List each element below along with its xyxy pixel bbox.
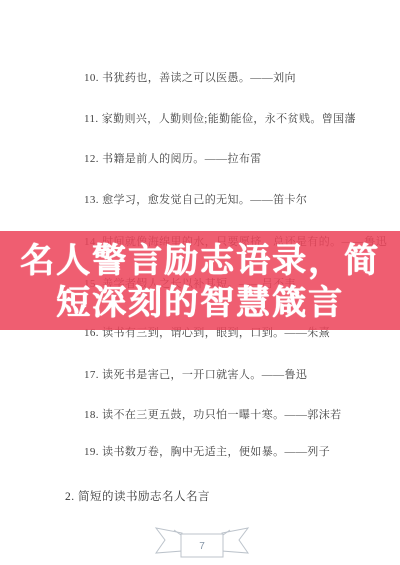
ribbon-right-wing xyxy=(222,528,248,553)
banner-title-line-1: 名人警言励志语录，简 xyxy=(0,240,400,282)
banner-title-line-2: 短深刻的智慧箴言 xyxy=(0,282,400,324)
ribbon-left-wing xyxy=(156,528,182,553)
quote-line: 19. 读书数万卷，胸中无适主，便如暴。——列子 xyxy=(84,446,330,459)
title-banner-overlay: 名人警言励志语录，简 短深刻的智慧箴言 xyxy=(0,231,400,330)
page-number-ribbon: 7 xyxy=(152,524,252,560)
quote-line: 18. 读不在三更五鼓，功只怕一曝十寒。——郭沫若 xyxy=(84,409,342,422)
section-heading: 2. 简短的读书励志名人名言 xyxy=(65,488,210,504)
quote-line: 13. 愈学习，愈发觉自己的无知。——笛卡尔 xyxy=(84,194,307,207)
document-page: 10. 书犹药也，善读之可以医愚。——刘向 11. 家勤则兴，人勤则俭;能勤能俭… xyxy=(0,0,400,565)
quote-line: 10. 书犹药也，善读之可以医愚。——刘向 xyxy=(84,72,296,85)
page-number: 7 xyxy=(199,541,205,552)
quote-line: 17. 读死书是害己，一开口就害人。——鲁迅 xyxy=(84,369,307,382)
quote-line: 12. 书籍是前人的阅历。——拉布雷 xyxy=(84,153,262,166)
quote-line: 11. 家勤则兴，人勤则俭;能勤能俭，永不贫贱。曾国藩 xyxy=(84,113,356,126)
